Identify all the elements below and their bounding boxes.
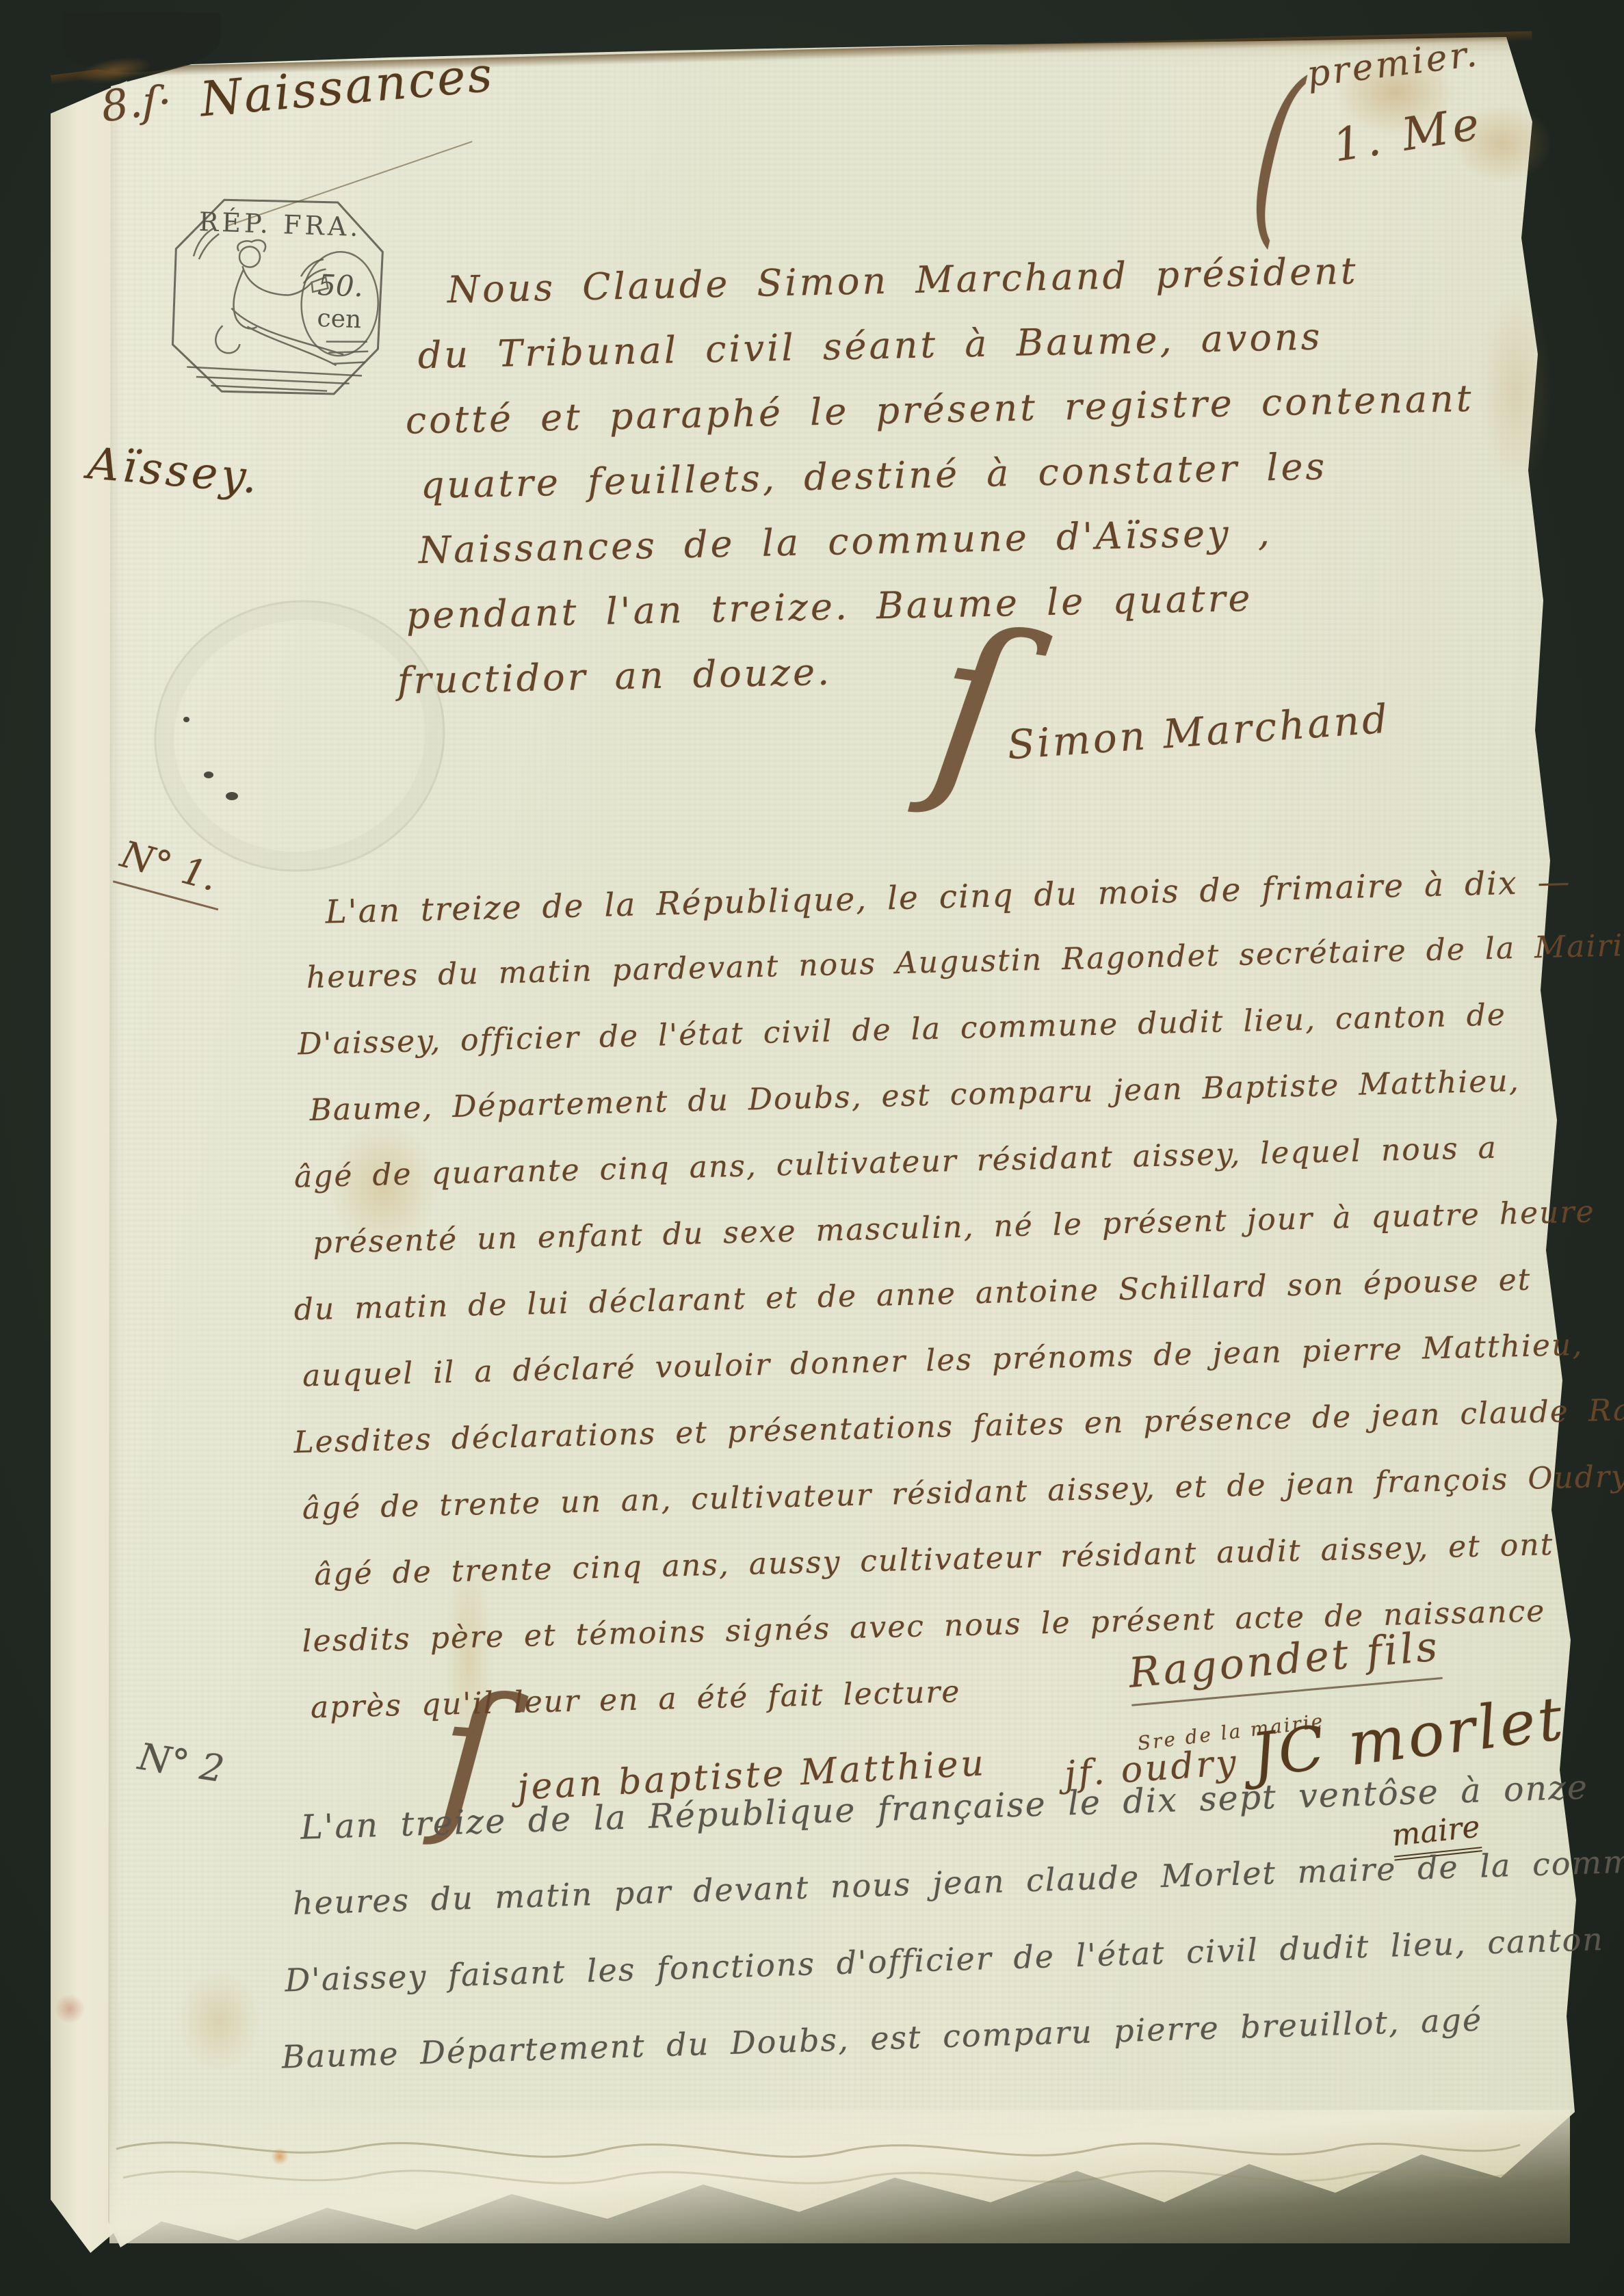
crease-line-1 [116,2143,1520,2157]
page-corner-paraphe: ſ· [142,77,172,127]
seal-ink-speck [204,771,213,778]
birth-entry-1: L'an treize de la République, le cinq du… [277,859,1624,1757]
deckle-crease-lines [109,2107,1570,2240]
scanned-register-photo: { "document": { "kind": "registre des na… [0,0,1624,2296]
birth-entry-2: L'an treize de la République française l… [279,1765,1624,2115]
crease-line-2 [123,2171,1515,2183]
seal-ink-speck [183,717,189,722]
attestation-paragraph: Nous Claude Simon Marchand présidentdu T… [351,247,1480,725]
seal-ink-speck [226,792,238,800]
page-corner-mark: 8. [98,77,145,132]
stamp-top-text: RÉP. FRA. [198,207,362,242]
